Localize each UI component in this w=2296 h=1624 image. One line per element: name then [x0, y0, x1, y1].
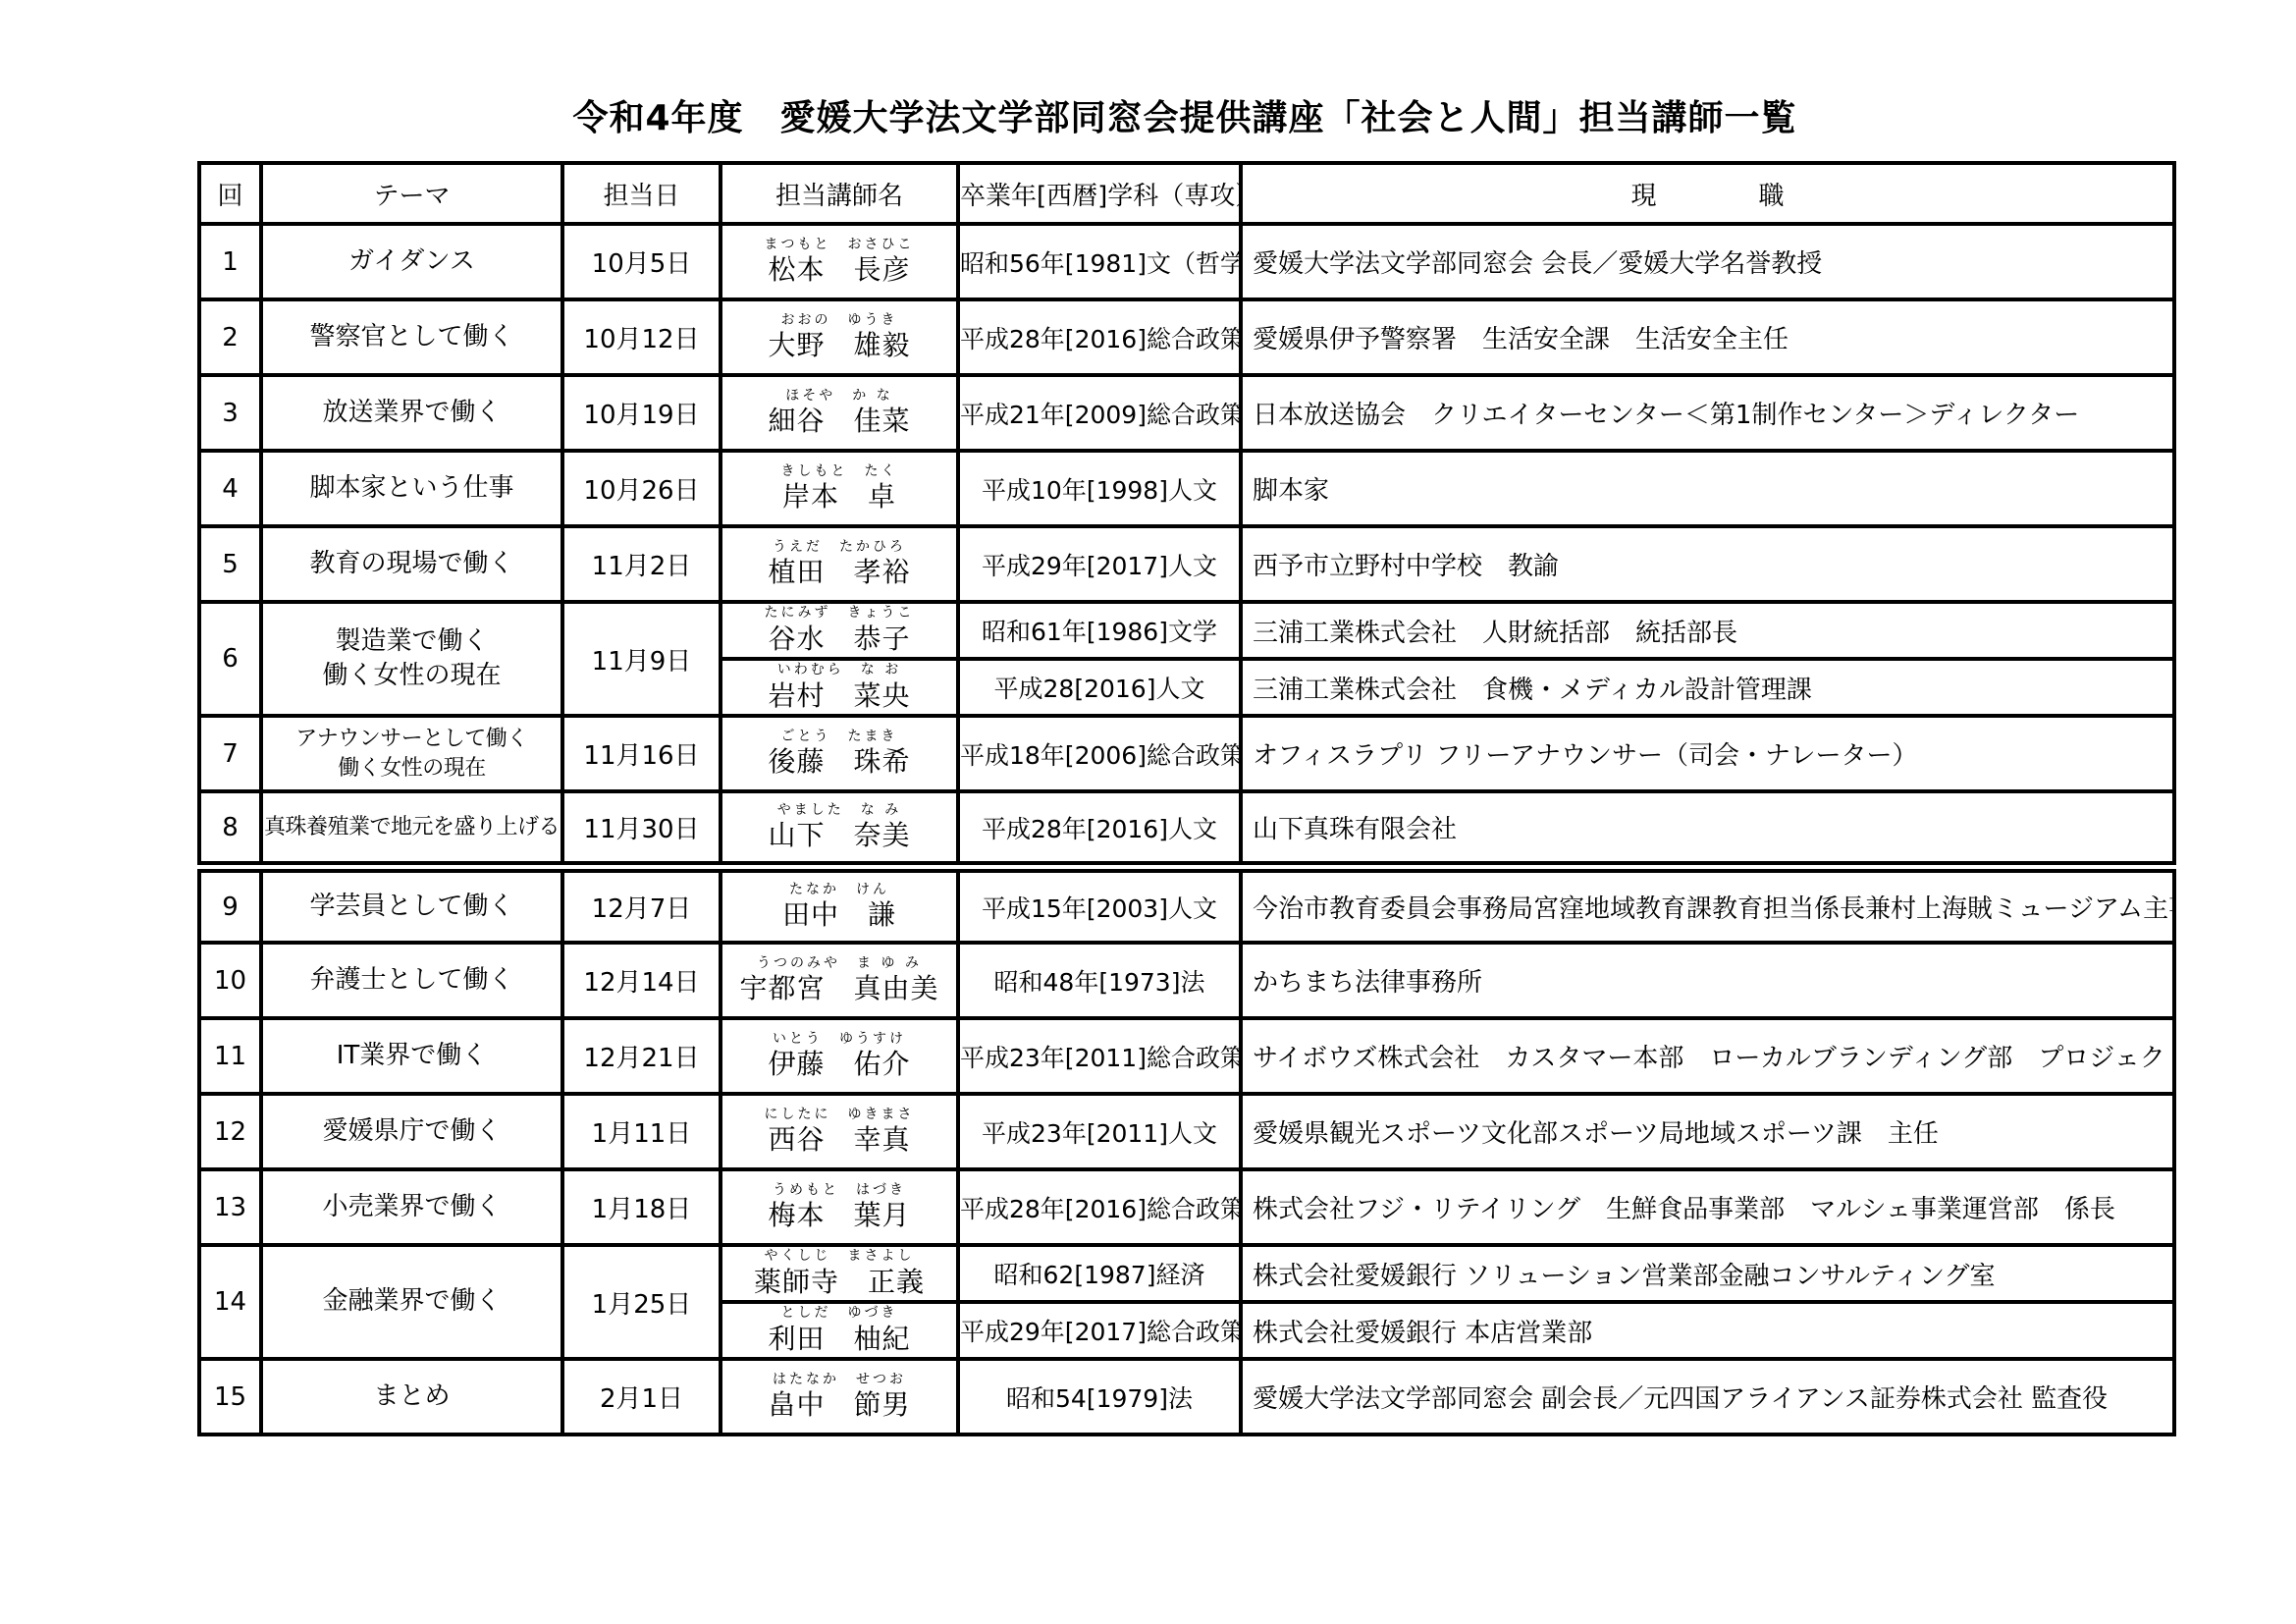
theme-cell: アナウンサーとして働く 働く女性の現在: [261, 716, 562, 791]
date-cell: 10月26日: [562, 451, 721, 526]
date-cell: 11月9日: [562, 602, 721, 716]
date-cell: 1月11日: [562, 1094, 721, 1169]
table-row: 11IT業界で働く12月21日いとう ゆうすけ伊藤 佑介平成23年[2011]総…: [199, 1018, 2174, 1094]
lecturer-name: 大野 雄毅: [722, 329, 956, 362]
current-job-cell: 脚本家: [1241, 451, 2174, 526]
theme-cell: 警察官として働く: [261, 299, 562, 375]
lecturer-furigana: たにみず きょうこ: [722, 605, 956, 623]
lecturer-name-cell: うめもと はづき梅本 葉月: [721, 1169, 958, 1245]
lecturer-furigana: いとう ゆうすけ: [722, 1031, 956, 1049]
lecturer-name-cell: にしたに ゆきまさ西谷 幸真: [721, 1094, 958, 1169]
session-no-cell: 9: [199, 867, 261, 943]
grad-year-cell: 昭和56年[1981]文（哲学）: [958, 224, 1241, 299]
session-no-cell: 11: [199, 1018, 261, 1094]
date-cell: 12月7日: [562, 867, 721, 943]
current-job-cell: 西予市立野村中学校 教諭: [1241, 526, 2174, 602]
theme-cell: 放送業界で働く: [261, 375, 562, 451]
current-job-cell: 今治市教育委員会事務局宮窪地域教育課教育担当係長兼村上海賊ミュージアム主事: [1241, 867, 2174, 943]
grad-year-cell: 平成28年[2016]総合政策: [958, 299, 1241, 375]
header-row: 回 テーマ 担当日 担当講師名 卒業年[西暦]学科（専攻） 現 職: [199, 163, 2174, 224]
lecturer-name: 谷水 恭子: [722, 623, 956, 656]
table-row: 13小売業界で働く1月18日うめもと はづき梅本 葉月平成28年[2016]総合…: [199, 1169, 2174, 1245]
table-row: 1ガイダンス10月5日まつもと おさひこ松本 長彦昭和56年[1981]文（哲学…: [199, 224, 2174, 299]
lecturer-name-cell: おおの ゆうき大野 雄毅: [721, 299, 958, 375]
grad-year-cell: 平成10年[1998]人文: [958, 451, 1241, 526]
theme-cell: 愛媛県庁で働く: [261, 1094, 562, 1169]
session-no-cell: 4: [199, 451, 261, 526]
lecturer-name-cell: うえだ たかひろ植田 孝裕: [721, 526, 958, 602]
current-job-cell: 愛媛県観光スポーツ文化部スポーツ局地域スポーツ課 主任: [1241, 1094, 2174, 1169]
current-job-cell: 愛媛大学法文学部同窓会 会長／愛媛大学名誉教授: [1241, 224, 2174, 299]
table-row: 7アナウンサーとして働く 働く女性の現在11月16日ごとう たまき後藤 珠希平成…: [199, 716, 2174, 791]
lecturer-furigana: うめもと はづき: [722, 1182, 956, 1200]
lecturer-name-cell: としだ ゆづき利田 柚紀: [721, 1302, 958, 1359]
header-lecturer: 担当講師名: [721, 163, 958, 224]
lecturer-furigana: ごとう たまき: [722, 729, 956, 746]
date-cell: 11月16日: [562, 716, 721, 791]
current-job-cell: 山下真珠有限会社: [1241, 791, 2174, 867]
table-row: 14金融業界で働く1月25日やくしじ まさよし薬師寺 正義昭和62[1987]経…: [199, 1245, 2174, 1302]
theme-cell: 脚本家という仕事: [261, 451, 562, 526]
date-cell: 1月18日: [562, 1169, 721, 1245]
current-job-cell: 三浦工業株式会社 人財統括部 統括部長: [1241, 602, 2174, 659]
lecturer-name-cell: きしもと たく岸本 卓: [721, 451, 958, 526]
grad-year-cell: 平成28年[2016]総合政策: [958, 1169, 1241, 1245]
lecturer-name: 細谷 佳菜: [722, 405, 956, 438]
lecturer-furigana: ほそや か な: [722, 388, 956, 406]
lecturer-furigana: うつのみや ま ゆ み: [722, 955, 956, 973]
date-cell: 12月14日: [562, 943, 721, 1018]
lecturer-name-cell: たなか けん田中 謙: [721, 867, 958, 943]
grad-year-cell: 平成18年[2006]総合政策: [958, 716, 1241, 791]
lecturer-name-cell: ごとう たまき後藤 珠希: [721, 716, 958, 791]
table-row: 6製造業で働く 働く女性の現在11月9日たにみず きょうこ谷水 恭子昭和61年[…: [199, 602, 2174, 659]
lecturer-furigana: やました な み: [722, 802, 956, 820]
grad-year-cell: 平成29年[2017]総合政策: [958, 1302, 1241, 1359]
lecturer-name: 宇都宮 真由美: [722, 972, 956, 1005]
session-no-cell: 7: [199, 716, 261, 791]
document-page: 令和4年度 愛媛大学法文学部同窓会提供講座「社会と人間」担当講師一覧 回 テーマ…: [0, 0, 2296, 1624]
lecturer-furigana: おおの ゆうき: [722, 312, 956, 330]
lecturer-name: 西谷 幸真: [722, 1123, 956, 1157]
header-grad-year: 卒業年[西暦]学科（専攻）: [958, 163, 1241, 224]
table-row: 15まとめ2月1日はたなか せつお畠中 節男昭和54[1979]法愛媛大学法文学…: [199, 1359, 2174, 1435]
theme-cell: 金融業界で働く: [261, 1245, 562, 1359]
current-job-cell: 日本放送協会 クリエイターセンター＜第1制作センター＞ディレクター: [1241, 375, 2174, 451]
header-current-job: 現 職: [1241, 163, 2174, 224]
theme-cell: 学芸員として働く: [261, 867, 562, 943]
lecturer-furigana: やくしじ まさよし: [722, 1248, 956, 1266]
lecturer-name: 田中 謙: [722, 898, 956, 932]
lecturer-name-cell: やました な み山下 奈美: [721, 791, 958, 867]
table-row: 8真珠養殖業で地元を盛り上げる11月30日やました な み山下 奈美平成28年[…: [199, 791, 2174, 867]
theme-cell: 小売業界で働く: [261, 1169, 562, 1245]
table-row: 5教育の現場で働く11月2日うえだ たかひろ植田 孝裕平成29年[2017]人文…: [199, 526, 2174, 602]
theme-cell: まとめ: [261, 1359, 562, 1435]
lecturer-furigana: はたなか せつお: [722, 1372, 956, 1389]
current-job-cell: オフィスラプリ フリーアナウンサー（司会・ナレーター）: [1241, 716, 2174, 791]
table-body: 1ガイダンス10月5日まつもと おさひこ松本 長彦昭和56年[1981]文（哲学…: [199, 224, 2174, 1435]
lecturer-name-cell: たにみず きょうこ谷水 恭子: [721, 602, 958, 659]
lecturer-name: 松本 長彦: [722, 253, 956, 287]
lecturer-name: 岸本 卓: [722, 480, 956, 514]
lecturer-name: 伊藤 佑介: [722, 1048, 956, 1081]
grad-year-cell: 平成28[2016]人文: [958, 659, 1241, 716]
lecturer-name-cell: ほそや か な細谷 佳菜: [721, 375, 958, 451]
current-job-cell: 株式会社愛媛銀行 本店営業部: [1241, 1302, 2174, 1359]
grad-year-cell: 平成23年[2011]総合政策: [958, 1018, 1241, 1094]
lecturer-furigana: うえだ たかひろ: [722, 539, 956, 557]
page-title: 令和4年度 愛媛大学法文学部同窓会提供講座「社会と人間」担当講師一覧: [197, 90, 2172, 140]
grad-year-cell: 平成23年[2011]人文: [958, 1094, 1241, 1169]
lecturer-furigana: としだ ゆづき: [722, 1305, 956, 1323]
lecturer-name: 畠中 節男: [722, 1388, 956, 1422]
theme-cell: ガイダンス: [261, 224, 562, 299]
lecturer-name-cell: やくしじ まさよし薬師寺 正義: [721, 1245, 958, 1302]
lecturer-name-cell: まつもと おさひこ松本 長彦: [721, 224, 958, 299]
header-session-no: 回: [199, 163, 261, 224]
table-row: 4脚本家という仕事10月26日きしもと たく岸本 卓平成10年[1998]人文脚…: [199, 451, 2174, 526]
grad-year-cell: 平成28年[2016]人文: [958, 791, 1241, 867]
current-job-cell: サイボウズ株式会社 カスタマー本部 ローカルブランディング部 プロジェクトマネー…: [1241, 1018, 2174, 1094]
grad-year-cell: 昭和54[1979]法: [958, 1359, 1241, 1435]
theme-cell: 製造業で働く 働く女性の現在: [261, 602, 562, 716]
lecturer-name: 後藤 珠希: [722, 745, 956, 779]
session-no-cell: 10: [199, 943, 261, 1018]
date-cell: 12月21日: [562, 1018, 721, 1094]
session-no-cell: 13: [199, 1169, 261, 1245]
session-no-cell: 5: [199, 526, 261, 602]
theme-cell: 弁護士として働く: [261, 943, 562, 1018]
session-no-cell: 1: [199, 224, 261, 299]
lecturer-name: 薬師寺 正義: [722, 1266, 956, 1299]
grad-year-cell: 平成29年[2017]人文: [958, 526, 1241, 602]
lecturer-name: 山下 奈美: [722, 819, 956, 852]
lecturer-furigana: きしもと たく: [722, 463, 956, 481]
current-job-cell: 愛媛県伊予警察署 生活安全課 生活安全主任: [1241, 299, 2174, 375]
grad-year-cell: 平成21年[2009]総合政策: [958, 375, 1241, 451]
date-cell: 10月19日: [562, 375, 721, 451]
header-date: 担当日: [562, 163, 721, 224]
date-cell: 2月1日: [562, 1359, 721, 1435]
current-job-cell: かちまち法律事務所: [1241, 943, 2174, 1018]
current-job-cell: 愛媛大学法文学部同窓会 副会長／元四国アライアンス証券株式会社 監査役: [1241, 1359, 2174, 1435]
theme-cell: IT業界で働く: [261, 1018, 562, 1094]
table-row: 9学芸員として働く12月7日たなか けん田中 謙平成15年[2003]人文今治市…: [199, 867, 2174, 943]
date-cell: 11月30日: [562, 791, 721, 867]
theme-cell: 真珠養殖業で地元を盛り上げる: [261, 791, 562, 867]
lecturer-name: 植田 孝裕: [722, 556, 956, 589]
grad-year-cell: 昭和62[1987]経済: [958, 1245, 1241, 1302]
table-row: 10弁護士として働く12月14日うつのみや ま ゆ み宇都宮 真由美昭和48年[…: [199, 943, 2174, 1018]
lecturer-furigana: にしたに ゆきまさ: [722, 1107, 956, 1124]
lecturer-furigana: いわむら な お: [722, 662, 956, 679]
grad-year-cell: 昭和48年[1973]法: [958, 943, 1241, 1018]
lecturer-name: 岩村 菜央: [722, 679, 956, 713]
grad-year-cell: 昭和61年[1986]文学: [958, 602, 1241, 659]
lecturer-name: 梅本 葉月: [722, 1199, 956, 1232]
date-cell: 10月5日: [562, 224, 721, 299]
table-row: 12愛媛県庁で働く1月11日にしたに ゆきまさ西谷 幸真平成23年[2011]人…: [199, 1094, 2174, 1169]
theme-cell: 教育の現場で働く: [261, 526, 562, 602]
date-cell: 11月2日: [562, 526, 721, 602]
lecturer-name-cell: いわむら な お岩村 菜央: [721, 659, 958, 716]
table-row: 3放送業界で働く10月19日ほそや か な細谷 佳菜平成21年[2009]総合政…: [199, 375, 2174, 451]
session-no-cell: 14: [199, 1245, 261, 1359]
current-job-cell: 株式会社愛媛銀行 ソリューション営業部金融コンサルティング室: [1241, 1245, 2174, 1302]
lecturer-furigana: まつもと おさひこ: [722, 237, 956, 254]
date-cell: 1月25日: [562, 1245, 721, 1359]
lecturer-furigana: たなか けん: [722, 882, 956, 899]
current-job-cell: 株式会社フジ・リテイリング 生鮮食品事業部 マルシェ事業運営部 係長: [1241, 1169, 2174, 1245]
session-no-cell: 12: [199, 1094, 261, 1169]
date-cell: 10月12日: [562, 299, 721, 375]
header-theme: テーマ: [261, 163, 562, 224]
table-row: 2警察官として働く10月12日おおの ゆうき大野 雄毅平成28年[2016]総合…: [199, 299, 2174, 375]
session-no-cell: 6: [199, 602, 261, 716]
lecturer-name-cell: うつのみや ま ゆ み宇都宮 真由美: [721, 943, 958, 1018]
session-no-cell: 8: [199, 791, 261, 867]
grad-year-cell: 平成15年[2003]人文: [958, 867, 1241, 943]
session-no-cell: 2: [199, 299, 261, 375]
lecturer-table: 回 テーマ 担当日 担当講師名 卒業年[西暦]学科（専攻） 現 職 1ガイダンス…: [197, 161, 2176, 1436]
lecturer-name-cell: はたなか せつお畠中 節男: [721, 1359, 958, 1435]
lecturer-name: 利田 柚紀: [722, 1323, 956, 1356]
lecturer-name-cell: いとう ゆうすけ伊藤 佑介: [721, 1018, 958, 1094]
session-no-cell: 15: [199, 1359, 261, 1435]
current-job-cell: 三浦工業株式会社 食機・メディカル設計管理課: [1241, 659, 2174, 716]
session-no-cell: 3: [199, 375, 261, 451]
